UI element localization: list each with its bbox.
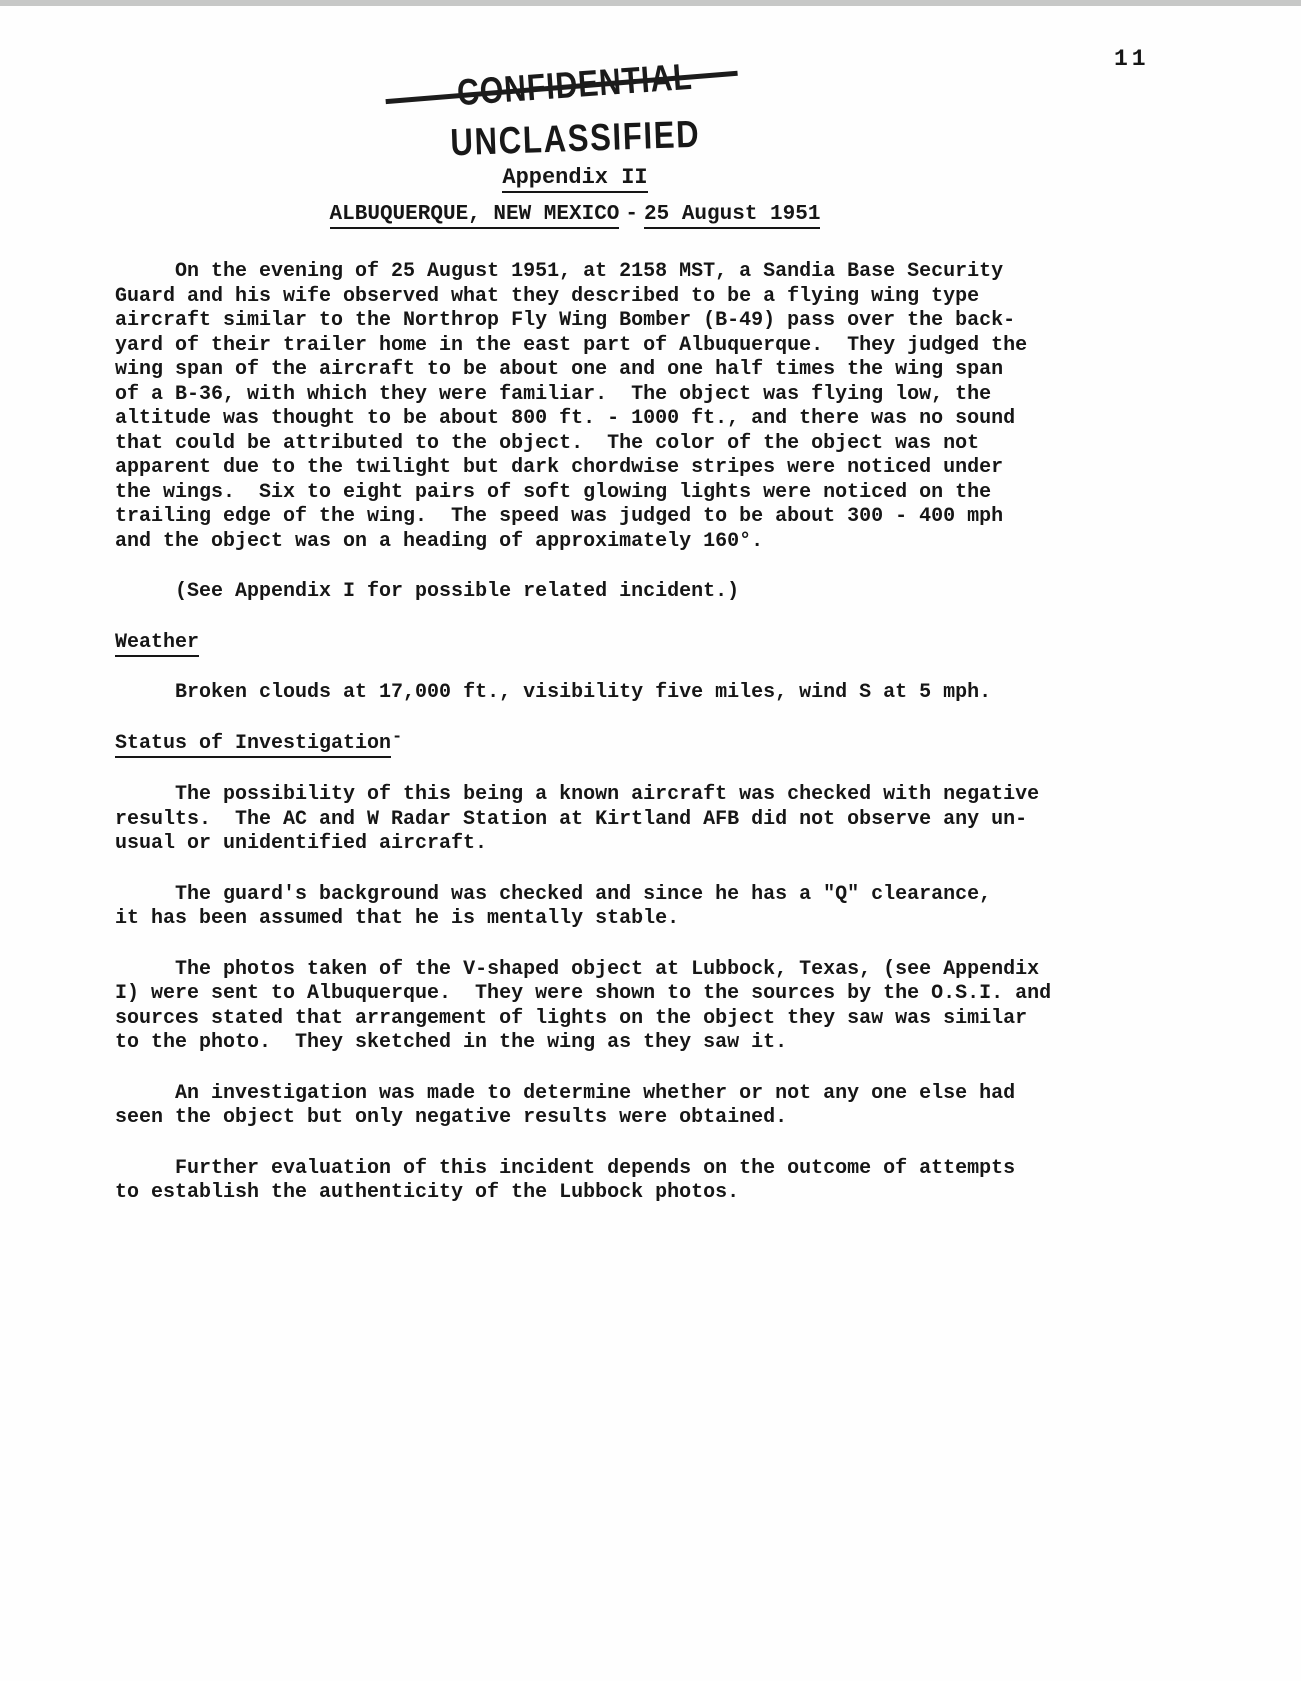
document-body: On the evening of 25 August 1951, at 215… [115,260,1125,1206]
status-heading-mark: - [392,728,402,747]
status-heading-row: Status of Investigation- [115,732,1125,758]
unclassified-stamp: UNCLASSIFIED [422,113,728,167]
appendix-note: (See Appendix I for possible related inc… [115,580,1125,605]
status-heading: Status of Investigation [115,732,391,758]
appendix-title-row: Appendix II [0,165,1150,190]
weather-text: Broken clouds at 17,000 ft., visibility … [115,681,1125,706]
scan-edge-bar [0,0,1301,6]
title-separator: - [619,203,644,226]
status-paragraph: Further evaluation of this incident depe… [115,1157,1125,1206]
status-paragraph: The photos taken of the V-shaped object … [115,958,1125,1056]
status-paragraph: The guard's background was checked and s… [115,883,1125,932]
document-header: CONFIDENTIAL UNCLASSIFIED Appendix II AL… [0,64,1150,226]
weather-heading-row: Weather [115,631,1125,656]
status-paragraph: The possibility of this being a known ai… [115,783,1125,857]
sighting-paragraph: On the evening of 25 August 1951, at 215… [115,260,1125,554]
page-number: 11 [1114,46,1150,72]
document-title-row: ALBUQUERQUE, NEW MEXICO-25 August 1951 [0,203,1150,226]
document-page: 11 CONFIDENTIAL UNCLASSIFIED Appendix II… [0,0,1301,1681]
appendix-title: Appendix II [502,165,647,193]
status-paragraph: An investigation was made to determine w… [115,1082,1125,1131]
unclassified-stamp-row: UNCLASSIFIED [0,106,1150,161]
confidential-stamp-row: CONFIDENTIAL [0,64,1150,106]
date-title: 25 August 1951 [644,203,820,229]
unclassified-stamp-text: UNCLASSIFIED [449,114,700,166]
location-title: ALBUQUERQUE, NEW MEXICO [330,203,620,229]
weather-heading: Weather [115,631,199,657]
